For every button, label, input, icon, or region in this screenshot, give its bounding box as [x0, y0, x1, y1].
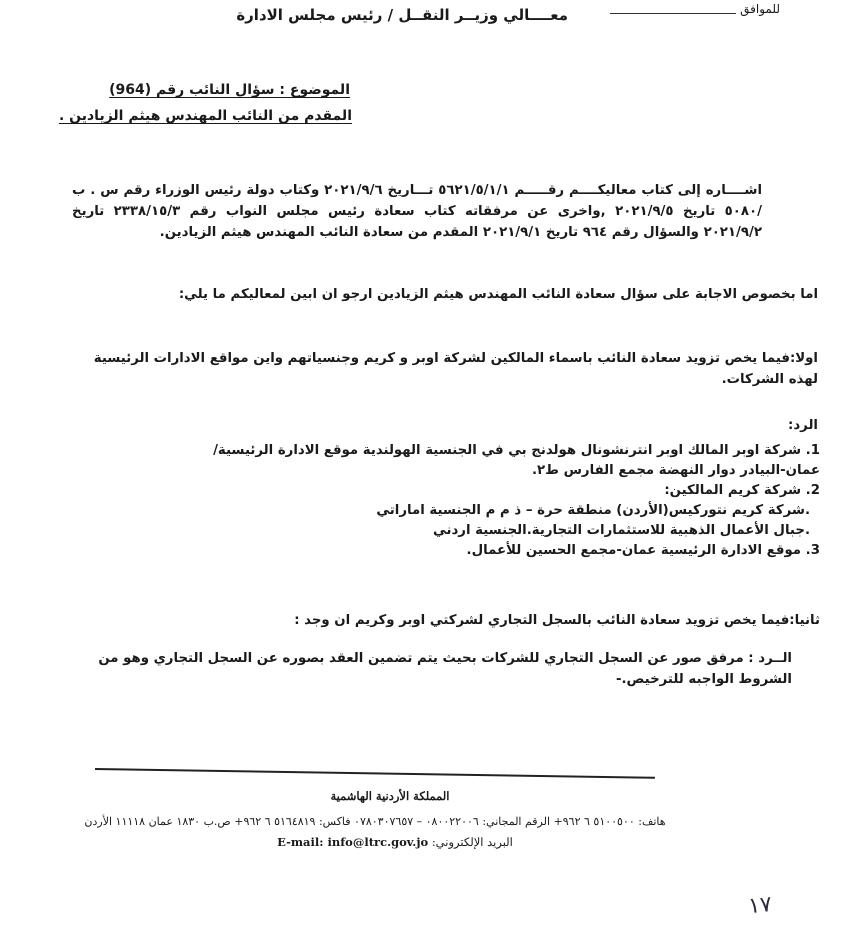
subject-line-1: الموضوع : سؤال النائب رقم (964) — [110, 82, 350, 98]
reply-item: 3. موقع الادارة الرئيسية عمان-مجمع الحسي… — [80, 540, 820, 560]
reference-label: للموافق — [740, 2, 780, 16]
body-paragraph-intro: اما بخصوص الاجابة على سؤال سعادة النائب … — [90, 284, 818, 305]
reply-item: .شركة كريم نتوركيس(الأردن) منطقة حرة – ذ… — [80, 500, 820, 520]
reference-blank-line — [610, 4, 736, 14]
footer-email-label: البريد الإلكتروني: — [432, 835, 513, 849]
reply-item: 1. شركة اوبر المالك اوبر انترنشونال هولد… — [80, 440, 820, 460]
first-question: اولا:فيما يخص تزويد سعادة النائب باسماء … — [92, 348, 818, 390]
footer-country: المملكة الأردنية الهاشمية — [290, 789, 490, 803]
second-reply: الــرد : مرفق صور عن السجل التجاري للشرك… — [72, 648, 792, 690]
second-question: ثانيا:فيما يخص تزويد سعادة النائب بالسجل… — [205, 610, 820, 631]
subject-line-2: المقدم من النائب المهندس هيثم الزيادين . — [112, 108, 352, 124]
handwritten-page-number: ١٧ — [711, 892, 773, 923]
footer-contact: هاتف: ٥١٠٠٥٠٠ ٦ ٩٦٢+ الرقم المجاني: ٠٨٠٠… — [55, 815, 695, 828]
reply-label: الرد: — [700, 415, 818, 436]
reference-field: للموافق — [610, 2, 780, 16]
footer-email: البريد الإلكتروني: E-mail: info@ltrc.gov… — [265, 835, 525, 849]
addressee: معــــالي وزيــر النقــل / رئيس مجلس الا… — [268, 6, 568, 24]
body-paragraph-reference: اشــــاره إلى كتاب معاليكــــم رقـــــم … — [72, 180, 762, 243]
reply-item: عمان-البيادر دوار النهضة مجمع الفارس ط٢. — [80, 460, 820, 480]
footer-divider — [95, 768, 655, 779]
reply-item: 2. شركة كريم المالكين: — [80, 480, 820, 500]
reply-list: 1. شركة اوبر المالك اوبر انترنشونال هولد… — [80, 440, 820, 560]
reply-item: .جبال الأعمال الذهبية للاستثمارات التجار… — [80, 520, 820, 540]
footer-email-address: E-mail: info@ltrc.gov.jo — [277, 835, 428, 849]
